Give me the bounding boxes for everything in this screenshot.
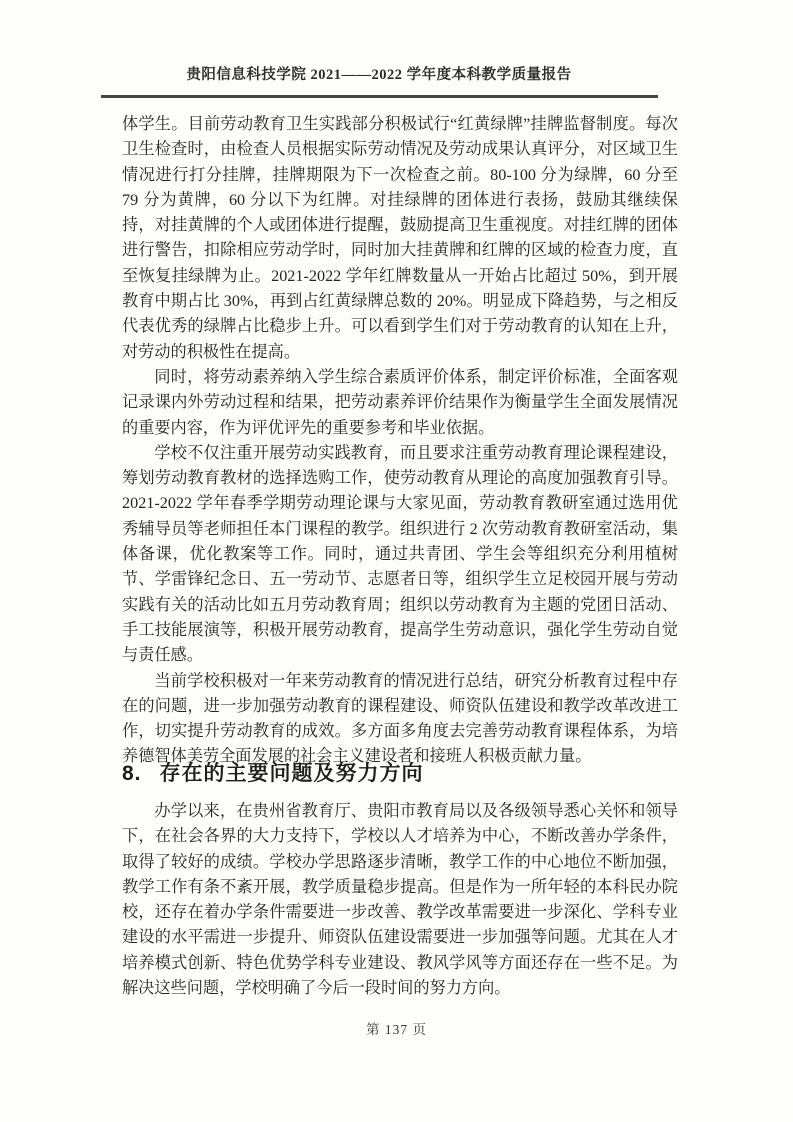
paragraph: 当前学校积极对一年来劳动教育的情况进行总结，研究分析教育过程中存在的问题，进一步… — [122, 669, 678, 770]
document-body-lower: 办学以来，在贵州省教育厅、贵阳市教育局以及各级领导悉心关怀和领导下，在社会各界的… — [122, 799, 678, 1001]
paragraph: 办学以来，在贵州省教育厅、贵阳市教育局以及各级领导悉心关怀和领导下，在社会各界的… — [122, 799, 678, 1001]
section-heading: 8.存在的主要问题及努力方向 — [122, 757, 678, 787]
paragraph-continuation: 体学生。目前劳动教育卫生实践部分积极试行“红黄绿牌”挂牌监督制度。每次卫生检查时… — [122, 112, 678, 365]
section-title: 存在的主要问题及努力方向 — [160, 762, 424, 785]
section-number: 8. — [122, 762, 142, 786]
paragraph: 学校不仅注重开展劳动实践教育，而且要求注重劳动教育理论课程建设，筹划劳动教育教材… — [122, 441, 678, 669]
running-header-title: 贵阳信息科技学院 2021——2022 学年度本科教学质量报告 — [101, 63, 657, 84]
document-page: 贵阳信息科技学院 2021——2022 学年度本科教学质量报告 体学生。目前劳动… — [0, 0, 793, 1122]
page-footer: 第 137 页 — [0, 1018, 793, 1038]
paragraph: 同时，将劳动素养纳入学生综合素质评价体系，制定评价标准，全面客观记录课内外劳动过… — [122, 365, 678, 441]
header-divider — [101, 95, 658, 98]
document-body-upper: 体学生。目前劳动教育卫生实践部分积极试行“红黄绿牌”挂牌监督制度。每次卫生检查时… — [122, 112, 678, 770]
page-number: 第 137 页 — [366, 1022, 427, 1037]
